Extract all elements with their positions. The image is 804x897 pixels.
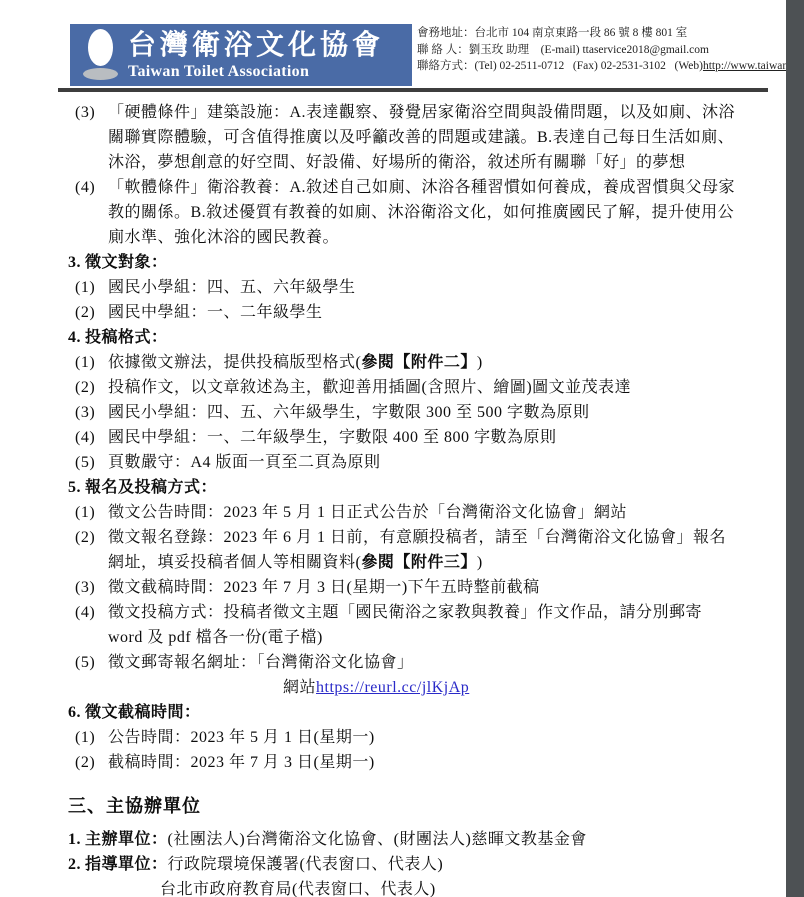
line-number: 1.	[68, 827, 85, 852]
text-segment: 指導單位：	[85, 852, 168, 877]
text-segment: 徵文投稿方式：投稿者徵文主題「國民衛浴之家教與教養」作文作品，請分別郵寄	[108, 600, 702, 625]
doc-line: 網址，填妥投稿者個人等相關資料(參閱【附件三】)	[58, 550, 780, 575]
line-number: (1)	[75, 275, 108, 300]
text-segment: 投稿格式：	[85, 325, 168, 350]
contact-address-value: 台北市 104 南京東路一段 86 號 8 樓 801 室	[475, 27, 688, 39]
text-segment: 網站	[283, 675, 316, 700]
line-number: (2)	[75, 375, 108, 400]
line-number: 2.	[68, 852, 85, 877]
text-segment: 國民中學組：一、二年級學生	[108, 300, 323, 325]
doc-line: (5)頁數嚴守：A4 版面一頁至二頁為原則	[58, 450, 780, 475]
text-segment: 參閱【附件三】	[361, 550, 477, 575]
text-segment: 徵文截稿時間：2023 年 7 月 3 日(星期一)下午五時整前截稿	[108, 575, 540, 600]
text-segment: 截稿時間：2023 年 7 月 3 日(星期一)	[108, 750, 375, 775]
doc-line: (4)「軟體條件」衛浴教養：A.敘述自己如廁、沐浴各種習慣如何養成，養成習慣與父…	[58, 175, 780, 200]
line-number: (5)	[75, 450, 108, 475]
doc-line: 2.指導單位：行政院環境保護署(代表窗口、代表人)	[58, 852, 780, 877]
logo-text: 台灣衛浴文化協會 Taiwan Toilet Association	[128, 30, 384, 81]
text-segment: 頁數嚴守：A4 版面一頁至二頁為原則	[108, 450, 381, 475]
contact-person-label: 聯 絡 人：	[417, 44, 469, 56]
text-segment: word 及 pdf 檔各一份(電子檔)	[108, 625, 323, 650]
line-number: (2)	[75, 525, 108, 550]
text-segment: 國民小學組：四、五、六年級學生	[108, 275, 356, 300]
contact-address-label: 會務地址：	[417, 27, 475, 39]
text-segment: 國民中學組：一、二年級學生，字數限 400 至 800 字數為原則	[108, 425, 557, 450]
line-number: (4)	[75, 175, 108, 200]
line-number: (2)	[75, 300, 108, 325]
doc-line: 4.投稿格式：	[58, 325, 780, 350]
doc-line: (2)截稿時間：2023 年 7 月 3 日(星期一)	[58, 750, 780, 775]
doc-line: (2)投稿作文，以文章敘述為主，歡迎善用插圖(含照片、繪圖)圖文並茂表達	[58, 375, 780, 400]
line-number: 6.	[68, 700, 85, 725]
text-segment: 報名及投稿方式：	[85, 475, 217, 500]
line-number: (3)	[75, 100, 108, 125]
doc-line: (1)依據徵文辦法，提供投稿版型格式(參閱【附件二】)	[58, 350, 780, 375]
text-segment: (社團法人)台灣衛浴文化協會、(財團法人)慈暉文教基金會	[168, 827, 587, 852]
doc-line: 教的關係。B.敘述優質有教養的如廁、沐浴衛浴文化，如何推廣國民了解，提升使用公	[58, 200, 780, 225]
doc-line: (4)徵文投稿方式：投稿者徵文主題「國民衛浴之家教與教養」作文作品，請分別郵寄	[58, 600, 780, 625]
doc-line: (1)國民小學組：四、五、六年級學生	[58, 275, 780, 300]
text-segment: 公告時間：2023 年 5 月 1 日(星期一)	[108, 725, 375, 750]
doc-line: (5)徵文郵寄報名網址：「台灣衛浴文化協會」	[58, 650, 780, 675]
doc-line: (1)徵文公告時間：2023 年 5 月 1 日正式公告於「台灣衛浴文化協會」網…	[58, 500, 780, 525]
contact-web-label: (Web)	[675, 60, 703, 72]
line-number: (1)	[75, 725, 108, 750]
doc-line: 5.報名及投稿方式：	[58, 475, 780, 500]
line-number: (4)	[75, 600, 108, 625]
doc-line: 台北市政府教育局(代表窗口、代表人)	[58, 877, 780, 897]
text-segment: 「硬體條件」建築設施：A.表達觀察、發覺居家衛浴空間與設備問題，以及如廁、沐浴	[108, 100, 735, 125]
contact-tel: (Tel) 02-2511-0712	[475, 60, 565, 72]
line-number: (3)	[75, 400, 108, 425]
doc-line: (3)國民小學組：四、五、六年級學生，字數限 300 至 500 字數為原則	[58, 400, 780, 425]
text-segment: 行政院環境保護署(代表窗口、代表人)	[168, 852, 444, 877]
text-segment: 台北市政府教育局(代表窗口、代表人)	[160, 877, 436, 897]
contact-methods: 聯絡方式：(Tel) 02-2511-0712 (Fax) 02-2531-31…	[417, 58, 804, 75]
doc-line: 三、主協辦單位	[58, 791, 780, 821]
doc-line: 關聯實際體驗，可含值得推廣以及呼籲改善的問題或建議。B.表達自己每日生活如廁、	[58, 125, 780, 150]
doc-line: (2)國民中學組：一、二年級學生	[58, 300, 780, 325]
text-segment: 依據徵文辦法，提供投稿版型格式(	[108, 350, 361, 375]
text-segment: 徵文公告時間：2023 年 5 月 1 日正式公告於「台灣衛浴文化協會」網站	[108, 500, 627, 525]
text-segment: )	[477, 350, 483, 375]
contact-address: 會務地址：台北市 104 南京東路一段 86 號 8 樓 801 室	[417, 25, 804, 42]
line-number: 5.	[68, 475, 85, 500]
doc-line: word 及 pdf 檔各一份(電子檔)	[58, 625, 780, 650]
document-body: (3)「硬體條件」建築設施：A.表達觀察、發覺居家衛浴空間與設備問題，以及如廁、…	[58, 100, 780, 897]
contact-person-value: 劉玉玫 助理 (E-mail) ttaservice2018@gmail.com	[469, 44, 709, 56]
line-number: (4)	[75, 425, 108, 450]
doc-line: (1)公告時間：2023 年 5 月 1 日(星期一)	[58, 725, 780, 750]
doc-line: 1.主辦單位：(社團法人)台灣衛浴文化協會、(財團法人)慈暉文教基金會	[58, 827, 780, 852]
text-segment: 關聯實際體驗，可含值得推廣以及呼籲改善的問題或建議。B.表達自己每日生活如廁、	[108, 125, 734, 150]
line-number: (1)	[75, 350, 108, 375]
doc-line: 網站 https://reurl.cc/jlKjAp	[58, 675, 780, 700]
doc-line: 沐浴，夢想創意的好空間、好設備、好場所的衛浴，敘述所有關聯「好」的夢想	[58, 150, 780, 175]
text-segment: 徵文截稿時間：	[85, 700, 201, 725]
text-segment: 徵文郵寄報名網址：「台灣衛浴文化協會」	[108, 650, 414, 675]
line-number: (1)	[75, 500, 108, 525]
text-segment: 沐浴，夢想創意的好空間、好設備、好場所的衛浴，敘述所有關聯「好」的夢想	[108, 150, 686, 175]
text-segment: 「軟體條件」衛浴教養：A.敘述自己如廁、沐浴各種習慣如何養成，養成習慣與父母家	[108, 175, 735, 200]
header-divider-rule	[58, 88, 768, 92]
logo-title-en: Taiwan Toilet Association	[128, 62, 384, 81]
doc-line: (4)國民中學組：一、二年級學生，字數限 400 至 800 字數為原則	[58, 425, 780, 450]
doc-line: 6.徵文截稿時間：	[58, 700, 780, 725]
text-segment: 國民小學組：四、五、六年級學生，字數限 300 至 500 字數為原則	[108, 400, 590, 425]
text-segment: 投稿作文，以文章敘述為主，歡迎善用插圖(含照片、繪圖)圖文並茂表達	[108, 375, 631, 400]
contact-person: 聯 絡 人：劉玉玫 助理 (E-mail) ttaservice2018@gma…	[417, 42, 804, 59]
page-edge-band	[786, 0, 804, 897]
text-segment: )	[477, 550, 483, 575]
doc-line: 廁水準、強化沐浴的國民教養。	[58, 225, 780, 250]
text-segment: 網址，填妥投稿者個人等相關資料(	[108, 550, 361, 575]
line-number: 4.	[68, 325, 85, 350]
contact-methods-label: 聯絡方式：	[417, 60, 475, 72]
text-segment: 參閱【附件二】	[361, 350, 477, 375]
line-number: (5)	[75, 650, 108, 675]
text-segment: 教的關係。B.敘述優質有教養的如廁、沐浴衛浴文化，如何推廣國民了解，提升使用公	[108, 200, 734, 225]
doc-line: (2)徵文報名登錄：2023 年 6 月 1 日前，有意願投稿者，請至「台灣衛浴…	[58, 525, 780, 550]
line-number: (3)	[75, 575, 108, 600]
doc-line: 3.徵文對象：	[58, 250, 780, 275]
contact-fax: (Fax) 02-2531-3102	[573, 60, 666, 72]
logo-title-zh: 台灣衛浴文化協會	[128, 30, 384, 62]
contact-info: 會務地址：台北市 104 南京東路一段 86 號 8 樓 801 室 聯 絡 人…	[417, 25, 804, 75]
line-number: (2)	[75, 750, 108, 775]
inline-link[interactable]: https://reurl.cc/jlKjAp	[316, 675, 469, 700]
line-number: 3.	[68, 250, 85, 275]
text-segment: 徵文報名登錄：2023 年 6 月 1 日前，有意願投稿者，請至「台灣衛浴文化協…	[108, 525, 726, 550]
doc-line: (3)徵文截稿時間：2023 年 7 月 3 日(星期一)下午五時整前截稿	[58, 575, 780, 600]
text-segment: 三、主協辦單位	[68, 791, 201, 821]
doc-line: (3)「硬體條件」建築設施：A.表達觀察、發覺居家衛浴空間與設備問題，以及如廁、…	[58, 100, 780, 125]
association-logo: 台灣衛浴文化協會 Taiwan Toilet Association	[70, 24, 412, 86]
text-segment: 徵文對象：	[85, 250, 168, 275]
toilet-icon	[80, 28, 122, 82]
text-segment: 廁水準、強化沐浴的國民教養。	[108, 225, 339, 250]
text-segment: 主辦單位：	[85, 827, 168, 852]
page: { "header": { "logo": { "title_zh": "台灣衛…	[0, 0, 804, 897]
